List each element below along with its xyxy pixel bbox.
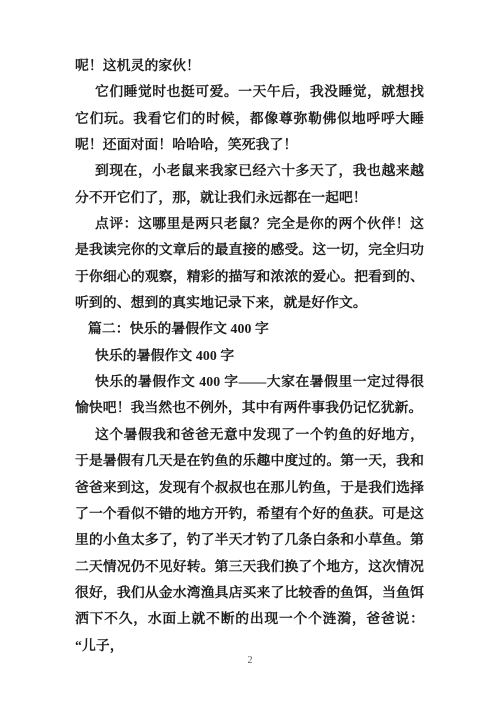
paragraph-sleeping-mice: 它们睡觉时也挺可爱。一天午后，我没睡觉，就想找它们玩。我看它们的时候，都像尊弥勒… — [75, 79, 424, 158]
paragraph-essay-intro: 快乐的暑假作文 400 字——大家在暑假里一定过得很愉快吧！我当然也不例外，其中… — [75, 369, 424, 422]
paragraph-sixty-days: 到现在，小老鼠来我家已经六十多天了，我也越来越分不开它们了，那，就让我们永远都在… — [75, 158, 424, 211]
essay-title: 快乐的暑假作文 400 字 — [75, 343, 424, 369]
page-number: 2 — [248, 655, 253, 666]
paragraph-continuation: 呢！这机灵的家伙！ — [75, 53, 424, 79]
section-heading-essay-two: 篇二：快乐的暑假作文 400 字 — [75, 316, 424, 342]
document-text-body: 呢！这机灵的家伙！ 它们睡觉时也挺可爱。一天午后，我没睡觉，就想找它们玩。我看它… — [75, 53, 424, 659]
document-page: 呢！这机灵的家伙！ 它们睡觉时也挺可爱。一天午后，我没睡觉，就想找它们玩。我看它… — [0, 0, 500, 707]
paragraph-teacher-comment: 点评：这哪里是两只老鼠？完全是你的两个伙伴！这是我读完你的文章后的最直接的感受。… — [75, 211, 424, 316]
page-footer: 2 — [0, 650, 500, 668]
paragraph-fishing-story: 这个暑假我和爸爸无意中发现了一个钓鱼的好地方，于是暑假有几天是在钓鱼的乐趣中度过… — [75, 422, 424, 659]
